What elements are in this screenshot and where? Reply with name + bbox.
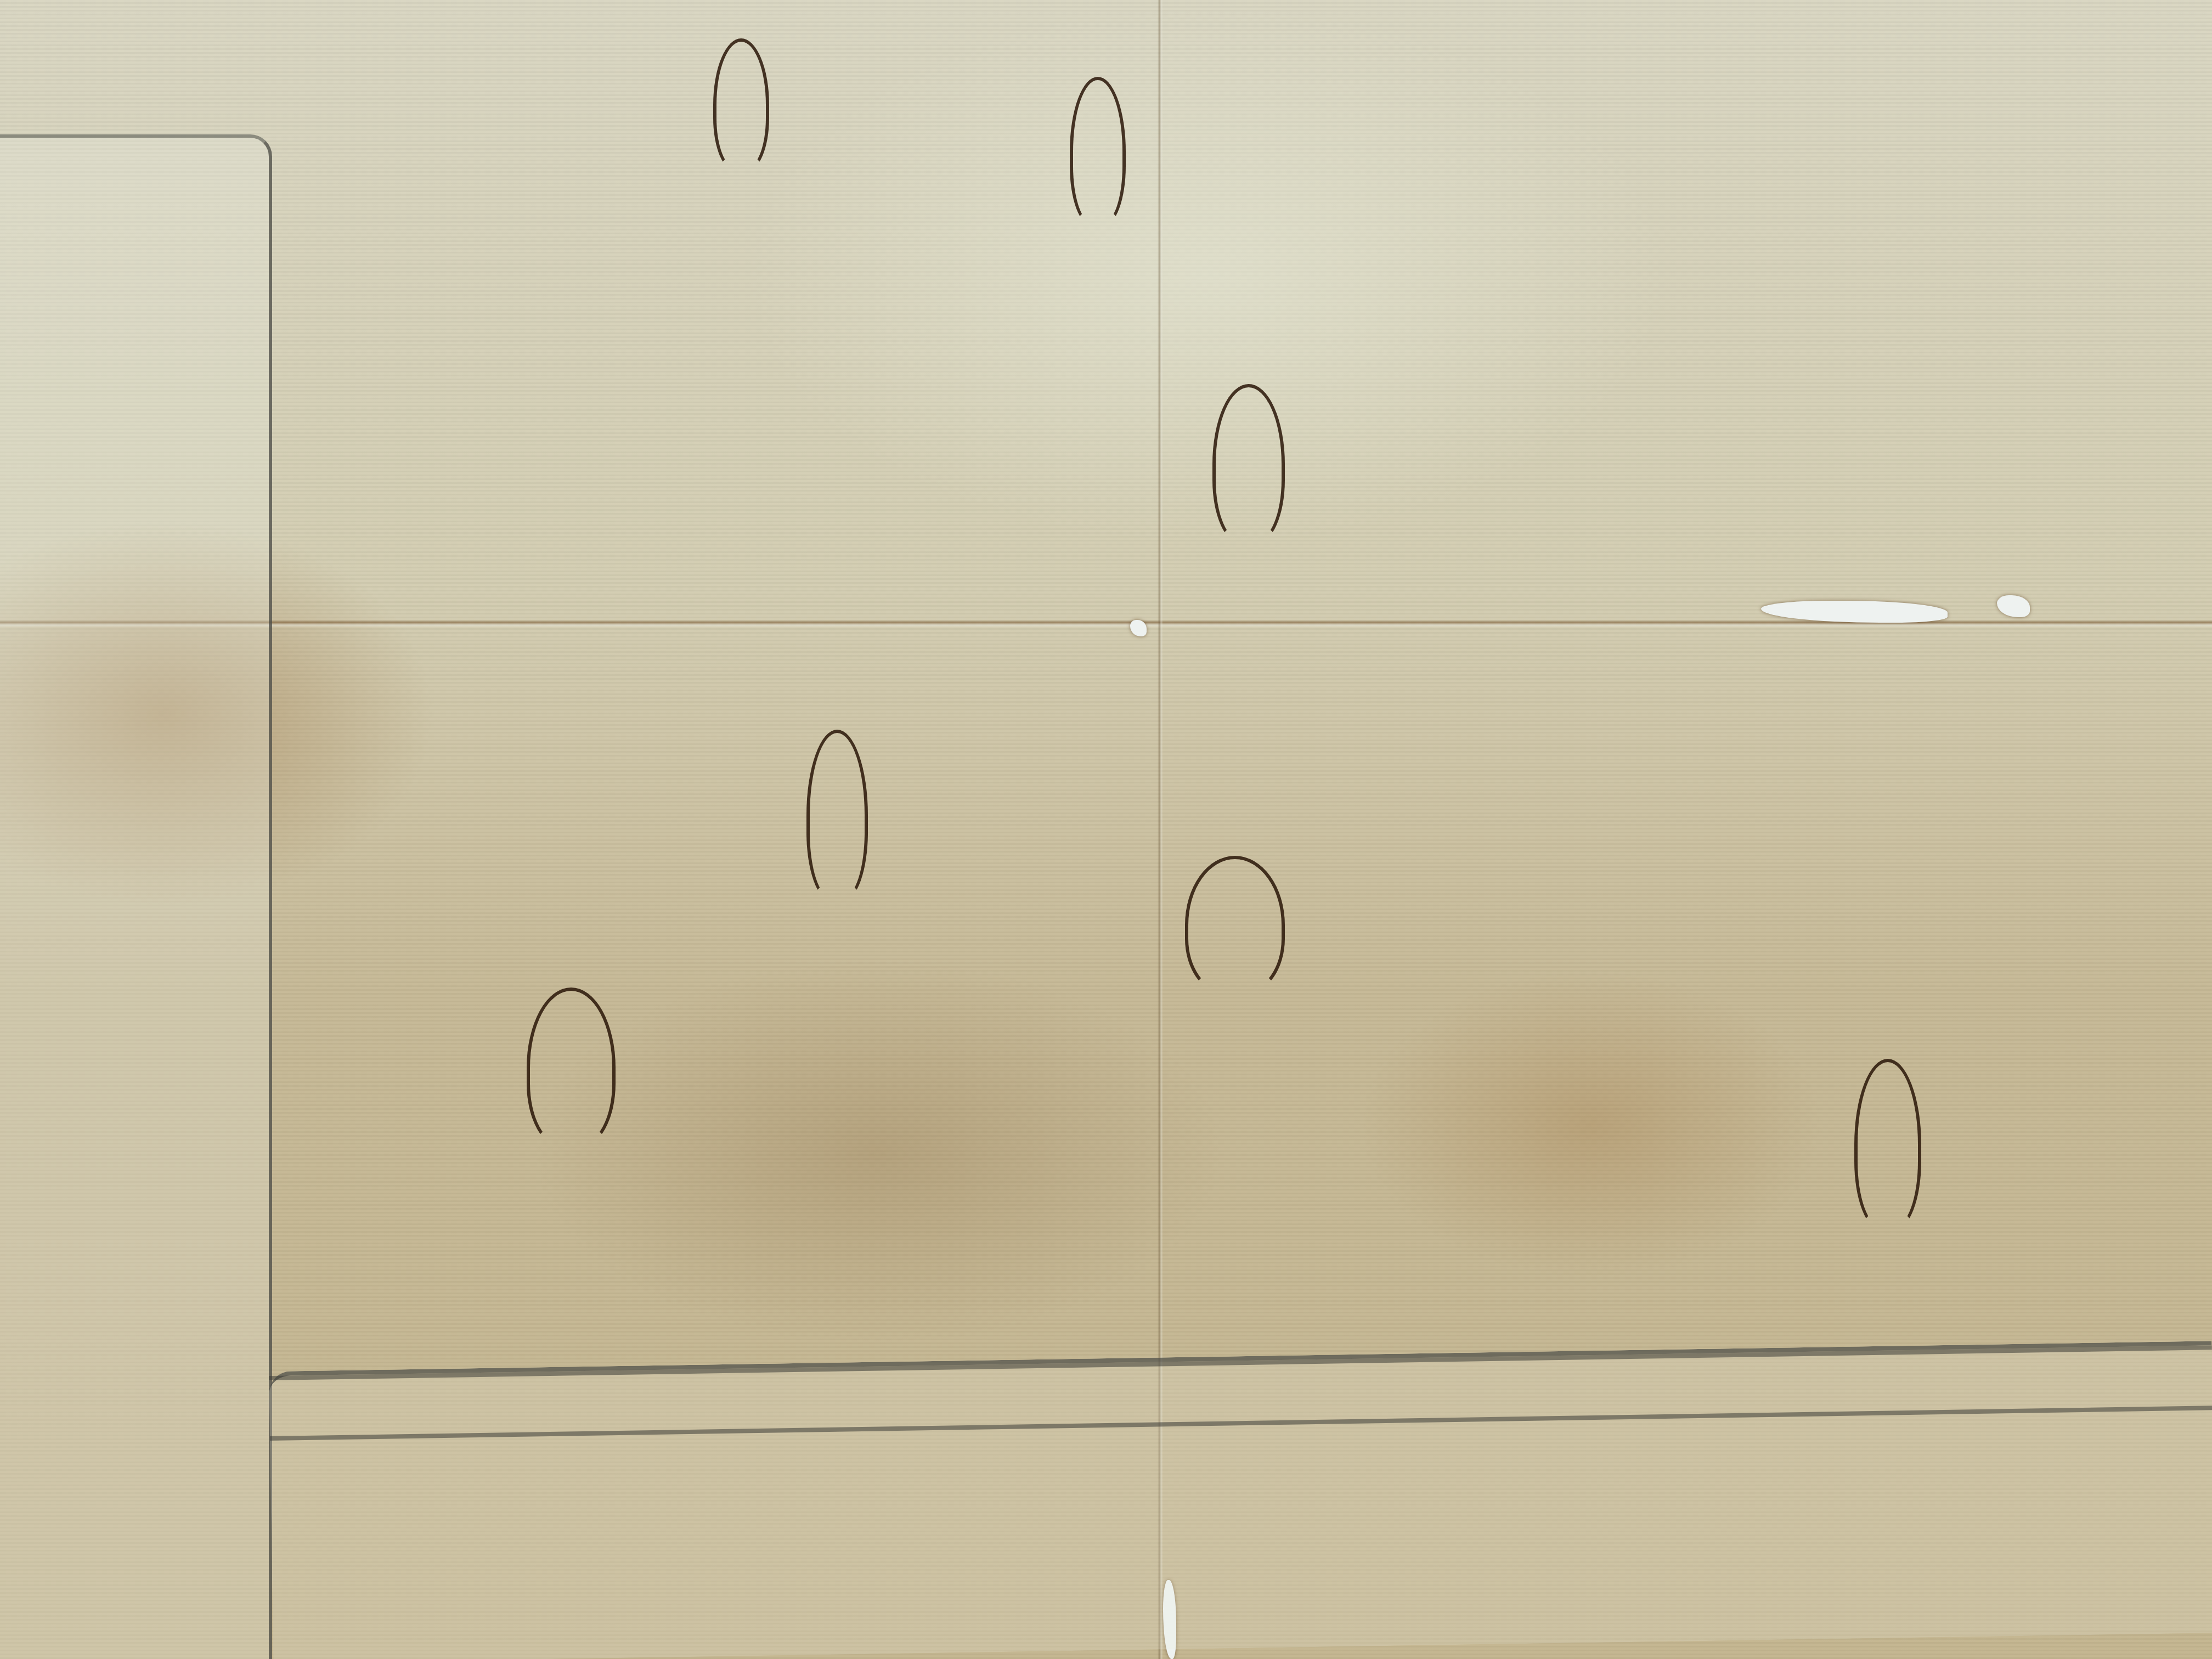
ink-flourish [713, 38, 769, 171]
ink-flourish [527, 988, 616, 1148]
horizontal-ruler [269, 1341, 2212, 1659]
vertical-ruler [0, 134, 272, 1659]
ruler-edge-band [270, 1406, 2212, 1441]
ink-flourish [1854, 1059, 1921, 1230]
ink-flourish [1070, 77, 1126, 226]
ink-flourish [1185, 856, 1285, 994]
ink-flourish [1212, 384, 1285, 544]
ink-flourish [806, 730, 868, 901]
